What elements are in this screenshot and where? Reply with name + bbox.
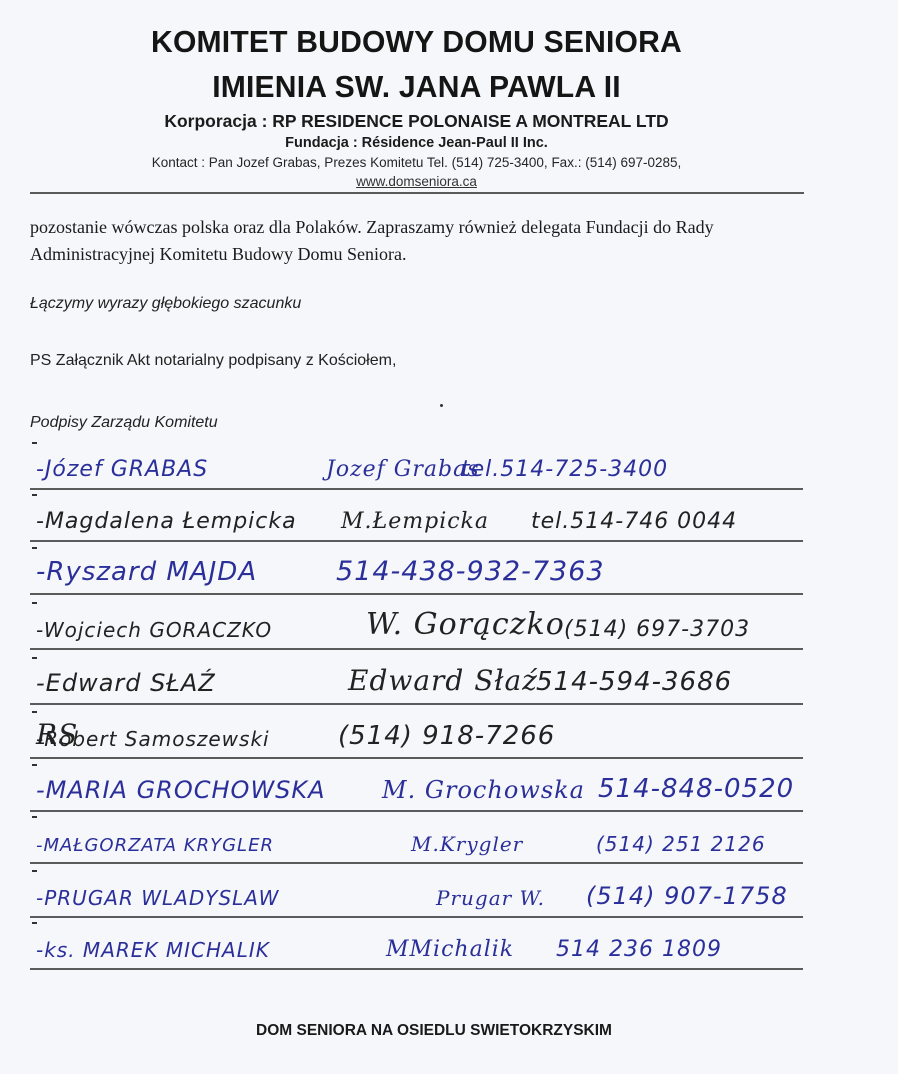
signature-underline (30, 810, 803, 812)
website-link[interactable]: www.domseniora.ca (356, 174, 477, 189)
bullet-dash (32, 711, 37, 713)
handwritten-signature: RS (36, 718, 78, 751)
signature-row: -MAŁGORZATA KRYGLERM.Krygler(514) 251 21… (36, 822, 876, 862)
signature-underline (30, 648, 803, 650)
signature-row: -PRUGAR WLADYSLAWPrugar W.(514) 907-1758 (36, 876, 876, 916)
handwritten-signature: MMichalik (386, 937, 514, 962)
handwritten-signature: Edward Słaź (348, 664, 538, 697)
handwritten-signature: Prugar W. (436, 886, 545, 910)
header-title-line-1: KOMITET BUDOWY DOMU SENIORA (12, 24, 820, 60)
body-paragraph: pozostanie wówczas polska oraz dla Polak… (30, 214, 810, 268)
signatory-name: -MAŁGORZATA KRYGLER (36, 835, 274, 856)
bullet-dash (32, 442, 37, 444)
signatory-phone: (514) 907-1758 (586, 882, 788, 910)
signatory-name: -Ryszard MAJDA (36, 557, 257, 587)
footer-text: DOM SENIORA NA OSIEDLU SWIETOKRZYSKIM (0, 1022, 868, 1040)
header-website: www.domseniora.ca (0, 174, 833, 189)
signatory-name: -Edward SŁAŹ (36, 669, 216, 697)
signatory-name: -Józef GRABAS (36, 457, 208, 482)
signature-row: -Robert SamoszewskiRS(514) 918-7266 (36, 717, 876, 757)
signature-underline (30, 488, 803, 490)
signatory-phone: (514) 918-7266 (338, 721, 555, 751)
bullet-dash (32, 494, 37, 496)
signature-underline (30, 862, 803, 864)
handwritten-signature: W. Gorączko (366, 607, 565, 642)
signature-underline (30, 916, 803, 918)
signature-row: -Józef GRABASJozef Grabastel.514-725-340… (36, 448, 876, 488)
signature-underline (30, 757, 803, 759)
signatory-phone: 514-594-3686 (536, 667, 732, 697)
signature-row: -MARIA GROCHOWSKAM. Grochowska514-848-05… (36, 770, 876, 810)
header-foundation: Fundacja : Résidence Jean-Paul II Inc. (0, 135, 833, 151)
closing-greeting: Łączymy wyrazy głębokiego szacunku (30, 295, 301, 313)
signature-row: -Ryszard MAJDA514-438-932-7363 (36, 553, 876, 593)
header-corporation: Korporacja : RP RESIDENCE POLONAISE A MO… (0, 111, 833, 132)
signatory-name: -Magdalena Łempicka (36, 509, 297, 534)
signatory-name: -ks. MAREK MICHALIK (36, 938, 270, 962)
handwritten-signature: Jozef Grabas (326, 457, 480, 482)
signatory-name: -MARIA GROCHOWSKA (36, 776, 326, 804)
signature-underline (30, 593, 803, 595)
bullet-dash (32, 657, 37, 659)
handwritten-signature: M. Grochowska (382, 776, 585, 804)
signatory-name: -PRUGAR WLADYSLAW (36, 886, 279, 910)
header-divider (30, 192, 804, 194)
signatory-phone: tel.514-746 0044 (531, 509, 737, 534)
bullet-dash (32, 547, 37, 549)
postscript: PS Załącznik Akt notarialny podpisany z … (30, 352, 396, 370)
bullet-dash (32, 922, 37, 924)
stray-dot (440, 404, 443, 407)
signatory-phone: tel.514-725-3400 (461, 457, 668, 482)
handwritten-signature: M.Łempicka (341, 509, 489, 534)
signature-underline (30, 703, 803, 705)
signature-row: -Edward SŁAŹEdward Słaź514-594-3686 (36, 663, 876, 703)
letter-page: KOMITET BUDOWY DOMU SENIORA IMIENIA SW. … (0, 0, 898, 1074)
bullet-dash (32, 764, 37, 766)
bullet-dash (32, 816, 37, 818)
signatory-phone: 514-438-932-7363 (336, 556, 605, 587)
signature-underline (30, 540, 803, 542)
signatures-heading: Podpisy Zarządu Komitetu (30, 414, 218, 432)
header-contact: Kontact : Pan Jozef Grabas, Prezes Komit… (0, 155, 833, 170)
handwritten-signature: M.Krygler (411, 832, 523, 856)
signatory-phone: (514) 251 2126 (596, 832, 766, 856)
header-title-line-2: IMIENIA SW. JANA PAWLA II (12, 69, 820, 105)
signature-row: -Magdalena ŁempickaM.Łempickatel.514-746… (36, 500, 876, 540)
signatory-phone: 514-848-0520 (598, 774, 794, 804)
signatory-phone: 514 236 1809 (556, 937, 722, 962)
signatory-phone: (514) 697-3703 (564, 617, 750, 642)
bullet-dash (32, 602, 37, 604)
signature-row: -ks. MAREK MICHALIKMMichalik514 236 1809 (36, 928, 876, 968)
bullet-dash (32, 870, 37, 872)
signature-row: -Wojciech GORACZKOW. Gorączko(514) 697-3… (36, 608, 876, 648)
signatory-name: -Wojciech GORACZKO (36, 618, 272, 642)
signature-underline (30, 968, 803, 970)
